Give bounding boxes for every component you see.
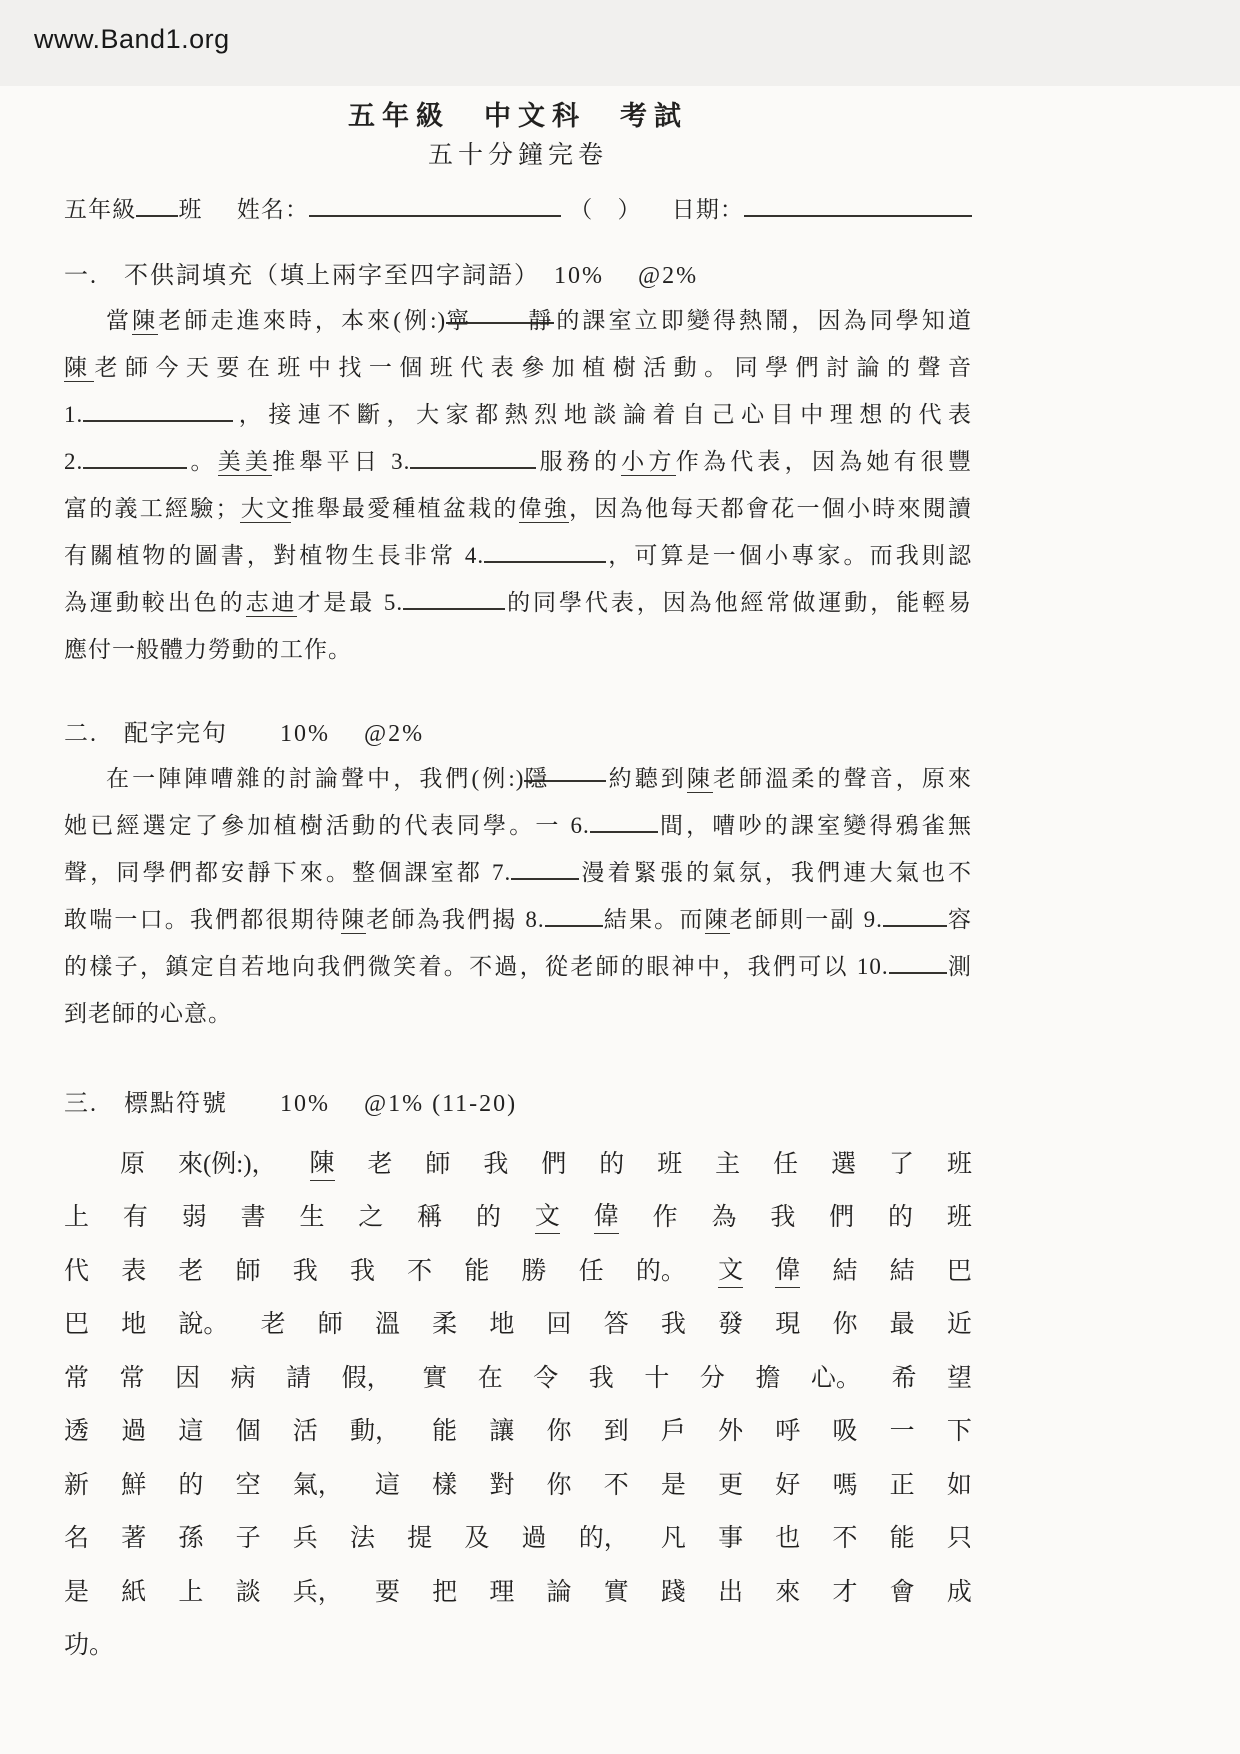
grid-cell: 勝 bbox=[522, 1251, 547, 1287]
grid-cell: 對 bbox=[489, 1465, 514, 1501]
blank-line bbox=[403, 583, 505, 610]
underlined-name: 美美 bbox=[218, 449, 272, 476]
grid-cell: 個 bbox=[236, 1411, 261, 1447]
text-run: 1. bbox=[64, 402, 83, 427]
grid-cell: 孫 bbox=[178, 1518, 203, 1554]
grid-cell: 柔 bbox=[432, 1304, 457, 1340]
grid-cell: 心。 bbox=[811, 1358, 861, 1394]
grid-cell: 班 bbox=[657, 1144, 682, 1180]
text-run: 當 bbox=[106, 308, 132, 333]
grid-cell: 擔 bbox=[755, 1358, 780, 1394]
grid-cell: 假， bbox=[342, 1358, 392, 1394]
grid-cell: 希 bbox=[891, 1358, 916, 1394]
grid-cell: 的 bbox=[476, 1197, 501, 1233]
grid-cell: 病 bbox=[231, 1358, 256, 1394]
grid-cell: 我 bbox=[483, 1144, 508, 1180]
text-run: ，接連不斷，大家都熱烈地談論着自己心目中理想的代表 bbox=[233, 402, 972, 427]
blank-line bbox=[511, 853, 579, 880]
text-run: 日期： bbox=[672, 197, 744, 222]
grid-cell: 踐 bbox=[661, 1572, 686, 1608]
grid-cell: 外 bbox=[718, 1411, 743, 1447]
grid-cell: 分 bbox=[700, 1358, 725, 1394]
text-run: 服務的 bbox=[536, 449, 621, 474]
text-run: 的課室立即變得熱鬧，因為同學知道 bbox=[554, 308, 972, 333]
grid-cell: 著 bbox=[121, 1518, 146, 1554]
grid-cell: 選 bbox=[831, 1144, 856, 1180]
section-1-fill-in-blanks: 一. 不供詞填充（填上兩字至四字詞語） 10% @2% 當陳老師走進來時，本來(… bbox=[64, 255, 972, 673]
section-3-punctuation: 三. 標點符號 10% @1% (11-20) 原來(例:)，陳老師我們的班主任… bbox=[64, 1083, 972, 1670]
underlined-name: 陳 bbox=[64, 355, 94, 382]
text-run: 敢喘一口。我們都很期待 bbox=[64, 907, 341, 932]
grid-cell: 是 bbox=[661, 1465, 686, 1501]
text-run: 聲，同學們都安靜下來。整個課室都 7. bbox=[64, 860, 511, 885]
grid-cell: 地 bbox=[489, 1304, 514, 1340]
text-run: 老師則一副 9. bbox=[730, 907, 883, 932]
grid-cell: 能 bbox=[464, 1251, 489, 1287]
grid-cell: 作 bbox=[653, 1197, 678, 1233]
punctuation-grid-row: 原來(例:)，陳老師我們的班主任選了班 bbox=[64, 1135, 972, 1189]
underlined-name: 偉強 bbox=[519, 496, 570, 523]
text-run: 。 bbox=[187, 449, 217, 474]
text-run: 老師今天要在班中找一個班代表參加植樹活動。同學們討論的聲音 bbox=[94, 355, 972, 380]
text-run: ，因為他每天都會花一個小時來閱讀 bbox=[569, 496, 972, 521]
grid-cell: 來 bbox=[775, 1572, 800, 1608]
grid-cell: 常 bbox=[64, 1358, 89, 1394]
paragraph-line: 她已經選定了參加植樹活動的代表同學。一 6.間，嘈吵的課室變得鴉雀無 bbox=[64, 802, 972, 849]
grid-cell: 把 bbox=[432, 1572, 457, 1608]
grid-cell: 活 bbox=[293, 1411, 318, 1447]
grid-cell: 上 bbox=[178, 1572, 203, 1608]
grid-cell: 過 bbox=[522, 1518, 547, 1554]
underlined-name: 陳 bbox=[341, 907, 366, 934]
grid-cell: 理 bbox=[489, 1572, 514, 1608]
grid-cell: 鮮 bbox=[121, 1465, 146, 1501]
grid-cell: 在 bbox=[478, 1358, 503, 1394]
text-run: 推舉最愛種植盆栽的 bbox=[291, 496, 518, 521]
grid-cell: 老 bbox=[261, 1304, 286, 1340]
grid-cell: 令 bbox=[533, 1358, 558, 1394]
underlined-name: 陳 bbox=[705, 907, 730, 934]
paragraph-line: 2.。美美推舉平日 3.服務的小方作為代表，因為她有很豐 bbox=[64, 438, 972, 485]
blank-line bbox=[744, 190, 972, 217]
grid-cell: 現 bbox=[775, 1304, 800, 1340]
grid-cell: 功。 bbox=[64, 1625, 114, 1661]
grid-cell: 弱 bbox=[182, 1197, 207, 1233]
paragraph-line: 的樣子，鎮定自若地向我們微笑着。不過，從老師的眼神中，我們可以 10.測 bbox=[64, 943, 972, 990]
grid-cell: 代 bbox=[64, 1251, 89, 1287]
exam-paper: 五年級 中文科 考試 五十分鐘完卷 五年級班姓名：（ ）日期： 一. 不供詞填充… bbox=[0, 0, 1240, 1754]
grid-cell: 生 bbox=[299, 1197, 324, 1233]
underlined-name: 小方 bbox=[621, 449, 675, 476]
grid-cell: 師 bbox=[318, 1304, 343, 1340]
grid-cell: 你 bbox=[547, 1465, 572, 1501]
grid-cell: 我 bbox=[293, 1251, 318, 1287]
grid-cell: 不 bbox=[407, 1251, 432, 1287]
grid-cell: 一 bbox=[890, 1411, 915, 1447]
grid-cell: 子 bbox=[236, 1518, 261, 1554]
grid-cell: 更 bbox=[718, 1465, 743, 1501]
paragraph-line: 聲，同學們都安靜下來。整個課室都 7.漫着緊張的氣氛，我們連大氣也不 bbox=[64, 849, 972, 896]
text-run: 到老師的心意。 bbox=[64, 1001, 232, 1026]
grid-cell: 要 bbox=[375, 1572, 400, 1608]
grid-cell: 如 bbox=[947, 1465, 972, 1501]
grid-cell: 結 bbox=[832, 1251, 857, 1287]
underlined-name-cell: 陳 bbox=[310, 1143, 335, 1181]
text-run: ，可算是一個小專家。而我則認 bbox=[606, 543, 972, 568]
grid-cell: 的 bbox=[888, 1197, 913, 1233]
punctuation-grid-row: 透過這個活動，能讓你到戶外呼吸一下 bbox=[64, 1403, 972, 1457]
grid-cell: 兵， bbox=[293, 1572, 343, 1608]
blank-line bbox=[883, 900, 947, 927]
text-run: 富的義工經驗； bbox=[64, 496, 240, 521]
grid-cell: 為 bbox=[711, 1197, 736, 1233]
paragraph-line: 到老師的心意。 bbox=[64, 990, 972, 1037]
grid-cell: 我 bbox=[770, 1197, 795, 1233]
text-run: 間，嘈吵的課室變得鴉雀無 bbox=[658, 813, 972, 838]
blank-line bbox=[309, 190, 561, 217]
grid-cell: 原 bbox=[120, 1144, 145, 1180]
text-run: 漫着緊張的氣氛，我們連大氣也不 bbox=[579, 860, 972, 885]
grid-cell: 你 bbox=[832, 1304, 857, 1340]
grid-cell: 班 bbox=[947, 1144, 972, 1180]
grid-cell: 巴 bbox=[64, 1304, 89, 1340]
text-run: 班 bbox=[178, 197, 202, 222]
grid-cell: 們 bbox=[829, 1197, 854, 1233]
section-heading: 一. 不供詞填充（填上兩字至四字詞語） 10% @2% bbox=[64, 255, 972, 297]
grid-cell: 師 bbox=[236, 1251, 261, 1287]
punctuation-grid-row: 代表老師我我不能勝任的。文偉結結巴 bbox=[64, 1242, 972, 1296]
grid-cell: 氣， bbox=[293, 1465, 343, 1501]
punctuation-grid-row: 功。 bbox=[64, 1617, 972, 1671]
paragraph-line: 應付一般體力勞動的工作。 bbox=[64, 626, 972, 673]
grid-cell: 師 bbox=[425, 1144, 450, 1180]
grid-cell: 主 bbox=[715, 1144, 740, 1180]
section-body: 當陳老師走進來時，本來(例:)寧靜的課室立即變得熱鬧，因為同學知道陳老師今天要在… bbox=[64, 297, 972, 673]
grid-cell: 我 bbox=[661, 1304, 686, 1340]
grid-cell: 好 bbox=[775, 1465, 800, 1501]
text-run: （ ） bbox=[569, 197, 641, 222]
paragraph-line: 有關植物的圖書，對植物生長非常 4.，可算是一個小專家。而我則認 bbox=[64, 532, 972, 579]
grid-cell: 正 bbox=[890, 1465, 915, 1501]
paragraph-line: 敢喘一口。我們都很期待陳老師為我們揭 8.結果。而陳老師則一副 9.容 bbox=[64, 896, 972, 943]
grid-cell: 紙 bbox=[121, 1572, 146, 1608]
text-run: 老師走進來時，本來(例:) bbox=[158, 308, 446, 333]
grid-cell: 老 bbox=[367, 1144, 392, 1180]
punctuation-grid-row: 新鮮的空氣，這樣對你不是更好嗎正如 bbox=[64, 1456, 972, 1510]
page-subtitle: 五十分鐘完卷 bbox=[64, 136, 972, 176]
text-run: 推舉平日 3. bbox=[272, 449, 410, 474]
text-run: 2. bbox=[64, 449, 83, 474]
page-title: 五年級 中文科 考試 bbox=[64, 96, 972, 136]
text-run: 在一陣陣嘈雜的討論聲中，我們(例:) bbox=[106, 766, 524, 791]
section-heading: 三. 標點符號 10% @1% (11-20) bbox=[64, 1083, 972, 1125]
grid-cell: 回 bbox=[547, 1304, 572, 1340]
paragraph-line: 當陳老師走進來時，本來(例:)寧靜的課室立即變得熱鬧，因為同學知道 bbox=[64, 297, 972, 344]
paragraph-line: 為運動較出色的志迪才是最 5.的同學代表，因為他經常做運動，能輕易 bbox=[64, 579, 972, 626]
text-run: 姓名： bbox=[237, 197, 309, 222]
grid-cell: 兵 bbox=[293, 1518, 318, 1554]
blank-line bbox=[83, 395, 233, 422]
grid-cell: 出 bbox=[718, 1572, 743, 1608]
grid-cell: 才 bbox=[832, 1572, 857, 1608]
grid-cell: 是 bbox=[64, 1572, 89, 1608]
grid-cell: 這 bbox=[375, 1465, 400, 1501]
text-run: 五年級 bbox=[64, 197, 136, 222]
text-run: 的樣子，鎮定自若地向我們微笑着。不過，從老師的眼神中，我們可以 10. bbox=[64, 954, 889, 979]
blank-line bbox=[889, 947, 947, 974]
grid-cell: 來(例:)， bbox=[178, 1144, 277, 1180]
grid-cell: 透 bbox=[64, 1411, 89, 1447]
grid-cell: 會 bbox=[890, 1572, 915, 1608]
grid-cell: 能 bbox=[890, 1518, 915, 1554]
example-answer-on-blank: 隱 bbox=[524, 755, 606, 782]
underlined-name: 陳 bbox=[132, 308, 158, 335]
grid-cell: 法 bbox=[350, 1518, 375, 1554]
text-run: 作為代表，因為她有很豐 bbox=[676, 449, 972, 474]
grid-cell: 及 bbox=[464, 1518, 489, 1554]
underlined-name: 陳 bbox=[687, 766, 713, 793]
text-run: 的同學代表，因為他經常做運動，能輕易 bbox=[505, 590, 972, 615]
blank-line bbox=[136, 190, 178, 217]
text-run: 她已經選定了參加植樹活動的代表同學。一 6. bbox=[64, 813, 590, 838]
grid-cell: 說。 bbox=[178, 1304, 228, 1340]
grid-cell: 的 bbox=[178, 1465, 203, 1501]
grid-cell: 到 bbox=[604, 1411, 629, 1447]
underlined-name-cell: 偉 bbox=[775, 1250, 800, 1288]
student-info-line: 五年級班姓名：（ ）日期： bbox=[64, 186, 972, 233]
grid-cell: 十 bbox=[644, 1358, 669, 1394]
grid-cell: 動， bbox=[350, 1411, 400, 1447]
grid-cell: 巴 bbox=[947, 1251, 972, 1287]
grid-cell: 書 bbox=[241, 1197, 266, 1233]
grid-cell: 論 bbox=[547, 1572, 572, 1608]
blank-line bbox=[83, 442, 187, 469]
punctuation-grid-row: 巴地說。老師溫柔地回答我發現你最近 bbox=[64, 1296, 972, 1350]
blank-line bbox=[410, 442, 536, 469]
paragraph-line: 在一陣陣嘈雜的討論聲中，我們(例:)隱約聽到陳老師溫柔的聲音，原來 bbox=[64, 755, 972, 802]
grid-cell: 近 bbox=[947, 1304, 972, 1340]
text-run: 容 bbox=[947, 907, 972, 932]
paragraph-line: 陳老師今天要在班中找一個班代表參加植樹活動。同學們討論的聲音 bbox=[64, 344, 972, 391]
grid-cell: 事 bbox=[718, 1518, 743, 1554]
grid-cell: 的 bbox=[599, 1144, 624, 1180]
text-run: 測 bbox=[947, 954, 972, 979]
grid-cell: 發 bbox=[718, 1304, 743, 1340]
section-body: 原來(例:)，陳老師我們的班主任選了班上有弱書生之稱的文偉作為我們的班代表老師我… bbox=[64, 1135, 972, 1670]
grid-cell: 我 bbox=[589, 1358, 614, 1394]
grid-cell: 班 bbox=[947, 1197, 972, 1233]
punctuation-grid-row: 名著孫子兵法提及過的，凡事也不能只 bbox=[64, 1510, 972, 1564]
grid-cell: 老 bbox=[178, 1251, 203, 1287]
grid-cell: 新 bbox=[64, 1465, 89, 1501]
text-run: 老師溫柔的聲音，原來 bbox=[713, 766, 972, 791]
grid-cell: 提 bbox=[407, 1518, 432, 1554]
grid-cell: 不 bbox=[604, 1465, 629, 1501]
grid-cell: 任 bbox=[773, 1144, 798, 1180]
paragraph-line: 1.，接連不斷，大家都熱烈地談論着自己心目中理想的代表 bbox=[64, 391, 972, 438]
grid-cell: 了 bbox=[889, 1144, 914, 1180]
grid-cell: 讓 bbox=[489, 1411, 514, 1447]
grid-cell: 的， bbox=[579, 1518, 629, 1554]
blank-line bbox=[545, 900, 603, 927]
grid-cell: 任 bbox=[579, 1251, 604, 1287]
grid-cell: 你 bbox=[547, 1411, 572, 1447]
text-run: 老師為我們揭 8. bbox=[366, 907, 544, 932]
grid-cell: 也 bbox=[775, 1518, 800, 1554]
text-run: 才是最 5. bbox=[297, 590, 403, 615]
section-heading: 二. 配字完句 10% @2% bbox=[64, 713, 972, 755]
grid-cell: 凡 bbox=[661, 1518, 686, 1554]
blank-line bbox=[590, 806, 658, 833]
example-answer-on-blank: 寧靜 bbox=[446, 297, 554, 324]
grid-cell: 實 bbox=[422, 1358, 447, 1394]
underlined-name: 大文 bbox=[240, 496, 292, 523]
blank-line bbox=[484, 536, 606, 563]
section-2-complete-sentences: 二. 配字完句 10% @2% 在一陣陣嘈雜的討論聲中，我們(例:)隱約聽到陳老… bbox=[64, 713, 972, 1037]
grid-cell: 談 bbox=[236, 1572, 261, 1608]
grid-cell: 我 bbox=[350, 1251, 375, 1287]
grid-cell: 請 bbox=[286, 1358, 311, 1394]
punctuation-grid-row: 上有弱書生之稱的文偉作為我們的班 bbox=[64, 1189, 972, 1243]
grid-cell: 最 bbox=[890, 1304, 915, 1340]
text-run: 為運動較出色的 bbox=[64, 590, 246, 615]
text-run: 應付一般體力勞動的工作。 bbox=[64, 637, 352, 662]
grid-cell: 表 bbox=[121, 1251, 146, 1287]
grid-cell: 的。 bbox=[636, 1251, 686, 1287]
grid-cell: 空 bbox=[236, 1465, 261, 1501]
text-run: 約聽到 bbox=[606, 766, 686, 791]
paragraph-line: 富的義工經驗；大文推舉最愛種植盆栽的偉強，因為他每天都會花一個小時來閱讀 bbox=[64, 485, 972, 532]
grid-cell: 地 bbox=[121, 1304, 146, 1340]
underlined-name-cell: 文 bbox=[718, 1250, 743, 1288]
grid-cell: 吸 bbox=[832, 1411, 857, 1447]
grid-cell: 因 bbox=[175, 1358, 200, 1394]
grid-cell: 不 bbox=[832, 1518, 857, 1554]
grid-cell: 之 bbox=[358, 1197, 383, 1233]
grid-cell: 溫 bbox=[375, 1304, 400, 1340]
grid-cell: 樣 bbox=[432, 1465, 457, 1501]
underlined-name-cell: 偉 bbox=[594, 1196, 619, 1234]
grid-cell: 嗎 bbox=[832, 1465, 857, 1501]
grid-cell: 上 bbox=[64, 1197, 89, 1233]
section-body: 在一陣陣嘈雜的討論聲中，我們(例:)隱約聽到陳老師溫柔的聲音，原來她已經選定了參… bbox=[64, 755, 972, 1037]
grid-cell: 們 bbox=[541, 1144, 566, 1180]
underlined-name-cell: 文 bbox=[535, 1196, 560, 1234]
punctuation-grid-row: 是紙上談兵，要把理論實踐出來才會成 bbox=[64, 1563, 972, 1617]
grid-cell: 常 bbox=[120, 1358, 145, 1394]
grid-cell: 名 bbox=[64, 1518, 89, 1554]
grid-cell: 過 bbox=[121, 1411, 146, 1447]
grid-cell: 成 bbox=[947, 1572, 972, 1608]
grid-cell: 這 bbox=[178, 1411, 203, 1447]
grid-cell: 下 bbox=[947, 1411, 972, 1447]
grid-cell: 答 bbox=[604, 1304, 629, 1340]
grid-cell: 稱 bbox=[417, 1197, 442, 1233]
grid-cell: 有 bbox=[123, 1197, 148, 1233]
text-run: 有關植物的圖書，對植物生長非常 4. bbox=[64, 543, 484, 568]
grid-cell: 只 bbox=[947, 1518, 972, 1554]
grid-cell: 實 bbox=[604, 1572, 629, 1608]
grid-cell: 望 bbox=[947, 1358, 972, 1394]
grid-cell: 戶 bbox=[661, 1411, 686, 1447]
grid-cell: 呼 bbox=[775, 1411, 800, 1447]
grid-cell: 結 bbox=[890, 1251, 915, 1287]
underlined-name: 志迪 bbox=[246, 590, 298, 617]
punctuation-grid-row: 常常因病請假，實在令我十分擔心。希望 bbox=[64, 1349, 972, 1403]
grid-cell: 能 bbox=[432, 1411, 457, 1447]
text-run: 結果。而 bbox=[603, 907, 705, 932]
